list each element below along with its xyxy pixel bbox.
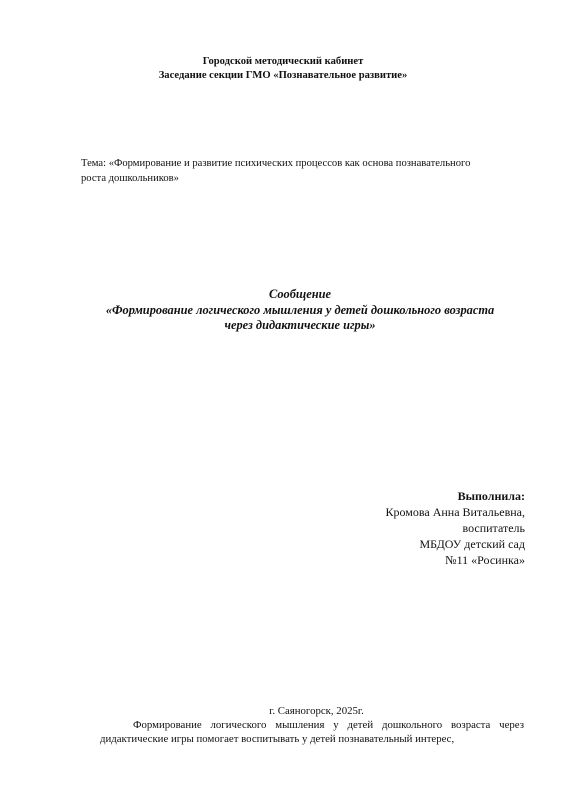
document-header: Городской методический кабинет Заседание… bbox=[0, 55, 566, 83]
report-title: Сообщение «Формирование логического мышл… bbox=[0, 287, 566, 334]
title-line-2: «Формирование логического мышления у дет… bbox=[0, 303, 566, 319]
author-name: Кромова Анна Витальевна, bbox=[386, 504, 526, 520]
theme-line-1: Тема: «Формирование и развитие психическ… bbox=[81, 156, 521, 171]
header-line-cabinet: Городской методический кабинет bbox=[0, 55, 566, 69]
author-block: Выполнила: Кромова Анна Витальевна, восп… bbox=[386, 488, 526, 568]
title-line-3: через дидактические игры» bbox=[0, 318, 566, 334]
theme-block: Тема: «Формирование и развитие психическ… bbox=[81, 156, 521, 186]
author-organization-name: №11 «Росинка» bbox=[386, 552, 526, 568]
author-label: Выполнила: bbox=[386, 488, 526, 504]
header-line-section: Заседание секции ГМО «Познавательное раз… bbox=[0, 69, 566, 83]
author-organization: МБДОУ детский сад bbox=[386, 536, 526, 552]
title-line-1: Сообщение bbox=[0, 287, 566, 303]
body-paragraph: Формирование логического мышления у дете… bbox=[100, 718, 524, 746]
city-year: г. Саяногорск, 2025г. bbox=[0, 704, 566, 718]
theme-line-2: роста дошкольников» bbox=[81, 171, 521, 186]
author-position: воспитатель bbox=[386, 520, 526, 536]
